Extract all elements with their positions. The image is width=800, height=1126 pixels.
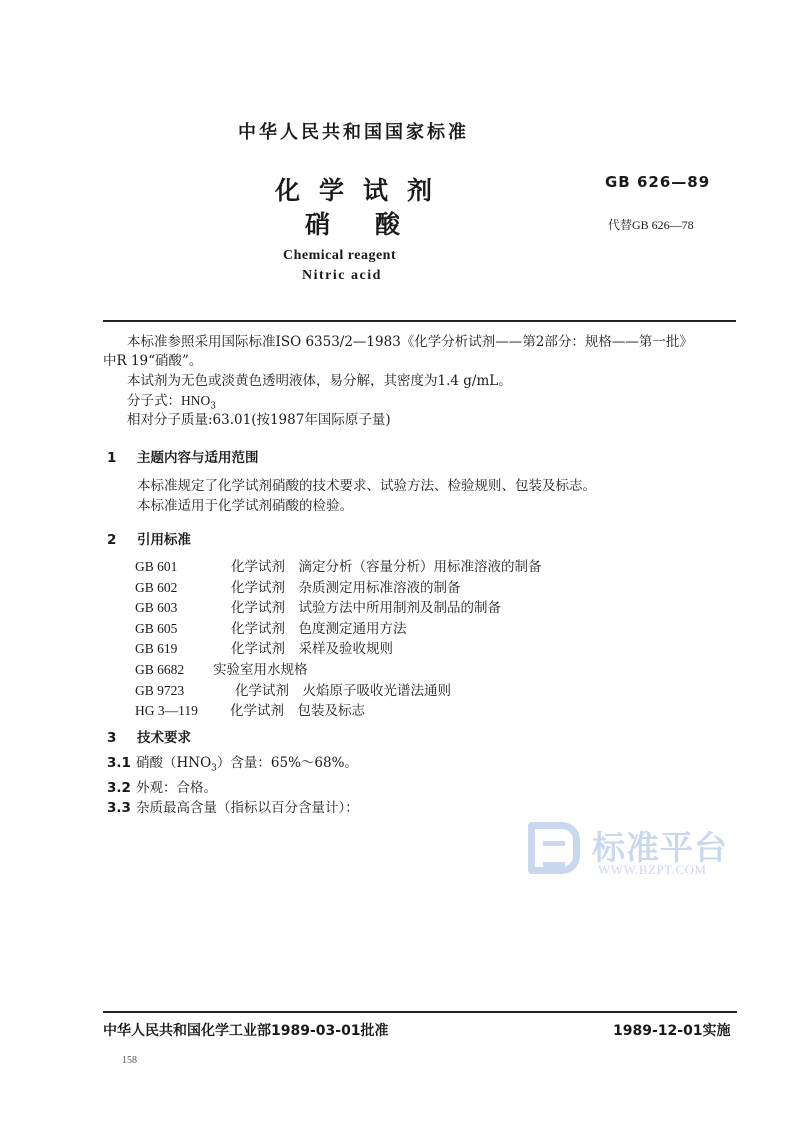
requirement-text: 外观：合格。	[136, 780, 217, 796]
requirement-number: 3.1	[107, 754, 136, 774]
header-divider	[103, 320, 736, 322]
section-title: 主题内容与适用范围	[137, 450, 259, 466]
reference-item: GB 619化学试剂 采样及验收规则	[135, 639, 542, 660]
title-english-line2: Nitric acid	[302, 268, 382, 284]
reference-item: GB 6682实验室用水规格	[135, 660, 542, 681]
reference-code: GB 603	[135, 598, 231, 618]
reference-item: GB 9723化学试剂 火焰原子吸收光谱法通则	[135, 681, 542, 702]
reference-title: 化学试剂 试验方法中所用制剂及制品的制备	[231, 600, 501, 616]
reference-title: 化学试剂 滴定分析（容量分析）用标准溶液的制备	[231, 559, 542, 575]
reference-item: GB 602化学试剂 杂质测定用标准溶液的制备	[135, 578, 542, 599]
reference-code: GB 601	[135, 557, 231, 577]
reference-code: GB 6682	[135, 660, 213, 680]
reference-title: 化学试剂 采样及验收规则	[231, 641, 393, 657]
requirement-item: 3.3杂质最高含量（指标以百分含量计）：	[107, 799, 359, 819]
section-title: 引用标准	[137, 532, 191, 548]
reference-code: HG 3—119	[135, 701, 230, 721]
intro-para1-line2: 中R 19“硝酸”。	[103, 352, 202, 371]
national-standard-heading: 中华人民共和国国家标准	[238, 118, 469, 144]
watermark: 标准平台 WWW.BZPT.COM	[528, 822, 748, 884]
requirements-list: 3.1硝酸（HNO3）含量：65%～68%。 3.2外观：合格。 3.3杂质最高…	[107, 754, 359, 818]
intro-para2: 本试剂为无色或淡黄色透明液体，易分解，其密度为1.4 g/mL。	[127, 372, 512, 391]
replaces-standard: 代替GB 626—78	[608, 216, 694, 233]
formula-label: 分子式：	[127, 393, 181, 409]
approval-statement: 中华人民共和国化学工业部1989-03-01批准	[103, 1020, 389, 1040]
molar-mass: 相对分子质量:63.01(按1987年国际原子量)	[127, 411, 391, 430]
section-number: 3	[107, 730, 137, 746]
section-1-para1: 本标准规定了化学试剂硝酸的技术要求、试验方法、检验规则、包装及标志。	[137, 477, 596, 496]
intro-para1-line1: 本标准参照采用国际标准ISO 6353/2—1983《化学分析试剂——第2部分：…	[127, 333, 693, 352]
reference-item: HG 3—119化学试剂 包装及标志	[135, 701, 542, 722]
reference-title: 化学试剂 杂质测定用标准溶液的制备	[231, 580, 461, 596]
section-title: 技术要求	[137, 730, 191, 746]
reference-item: GB 605化学试剂 色度测定通用方法	[135, 619, 542, 640]
reference-code: GB 605	[135, 619, 231, 639]
section-3-heading: 3技术要求	[107, 726, 191, 746]
reference-title: 化学试剂 火焰原子吸收光谱法通则	[235, 683, 451, 699]
title-english-line1: Chemical reagent	[283, 248, 396, 264]
requirement-number: 3.3	[107, 799, 136, 819]
requirement-text: 杂质最高含量（指标以百分含量计）：	[136, 800, 359, 816]
reference-code: GB 602	[135, 578, 231, 598]
subtitle-chinese: 硝酸	[305, 205, 445, 241]
requirement-item: 3.2外观：合格。	[107, 779, 359, 799]
section-2-heading: 2引用标准	[107, 528, 191, 548]
title-chinese: 化学试剂	[275, 171, 451, 207]
reference-list: GB 601化学试剂 滴定分析（容量分析）用标准溶液的制备 GB 602化学试剂…	[135, 557, 542, 722]
requirement-item: 3.1硝酸（HNO3）含量：65%～68%。	[107, 754, 359, 779]
section-number: 2	[107, 532, 137, 548]
reference-item: GB 601化学试剂 滴定分析（容量分析）用标准溶液的制备	[135, 557, 542, 578]
reference-code: GB 619	[135, 639, 231, 659]
requirement-text-cont: ）含量：65%～68%。	[217, 755, 358, 771]
section-1-para2: 本标准适用于化学试剂硝酸的检验。	[137, 497, 353, 516]
formula-value: HNO	[181, 393, 210, 408]
requirement-text: 硝酸（HNO	[136, 755, 211, 771]
section-1-heading: 1主题内容与适用范围	[107, 446, 259, 466]
bzpt-logo-icon	[528, 822, 580, 874]
reference-code: GB 9723	[135, 681, 235, 701]
page-number: 158	[122, 1055, 137, 1066]
standard-number: GB 626—89	[605, 173, 710, 191]
reference-title: 实验室用水规格	[213, 662, 308, 678]
implementation-date: 1989-12-01实施	[613, 1020, 731, 1040]
reference-title: 化学试剂 包装及标志	[230, 703, 365, 719]
watermark-url: WWW.BZPT.COM	[598, 862, 707, 878]
section-number: 1	[107, 450, 137, 466]
requirement-number: 3.2	[107, 779, 136, 799]
footer-divider	[103, 1011, 737, 1013]
reference-title: 化学试剂 色度测定通用方法	[231, 621, 407, 637]
reference-item: GB 603化学试剂 试验方法中所用制剂及制品的制备	[135, 598, 542, 619]
